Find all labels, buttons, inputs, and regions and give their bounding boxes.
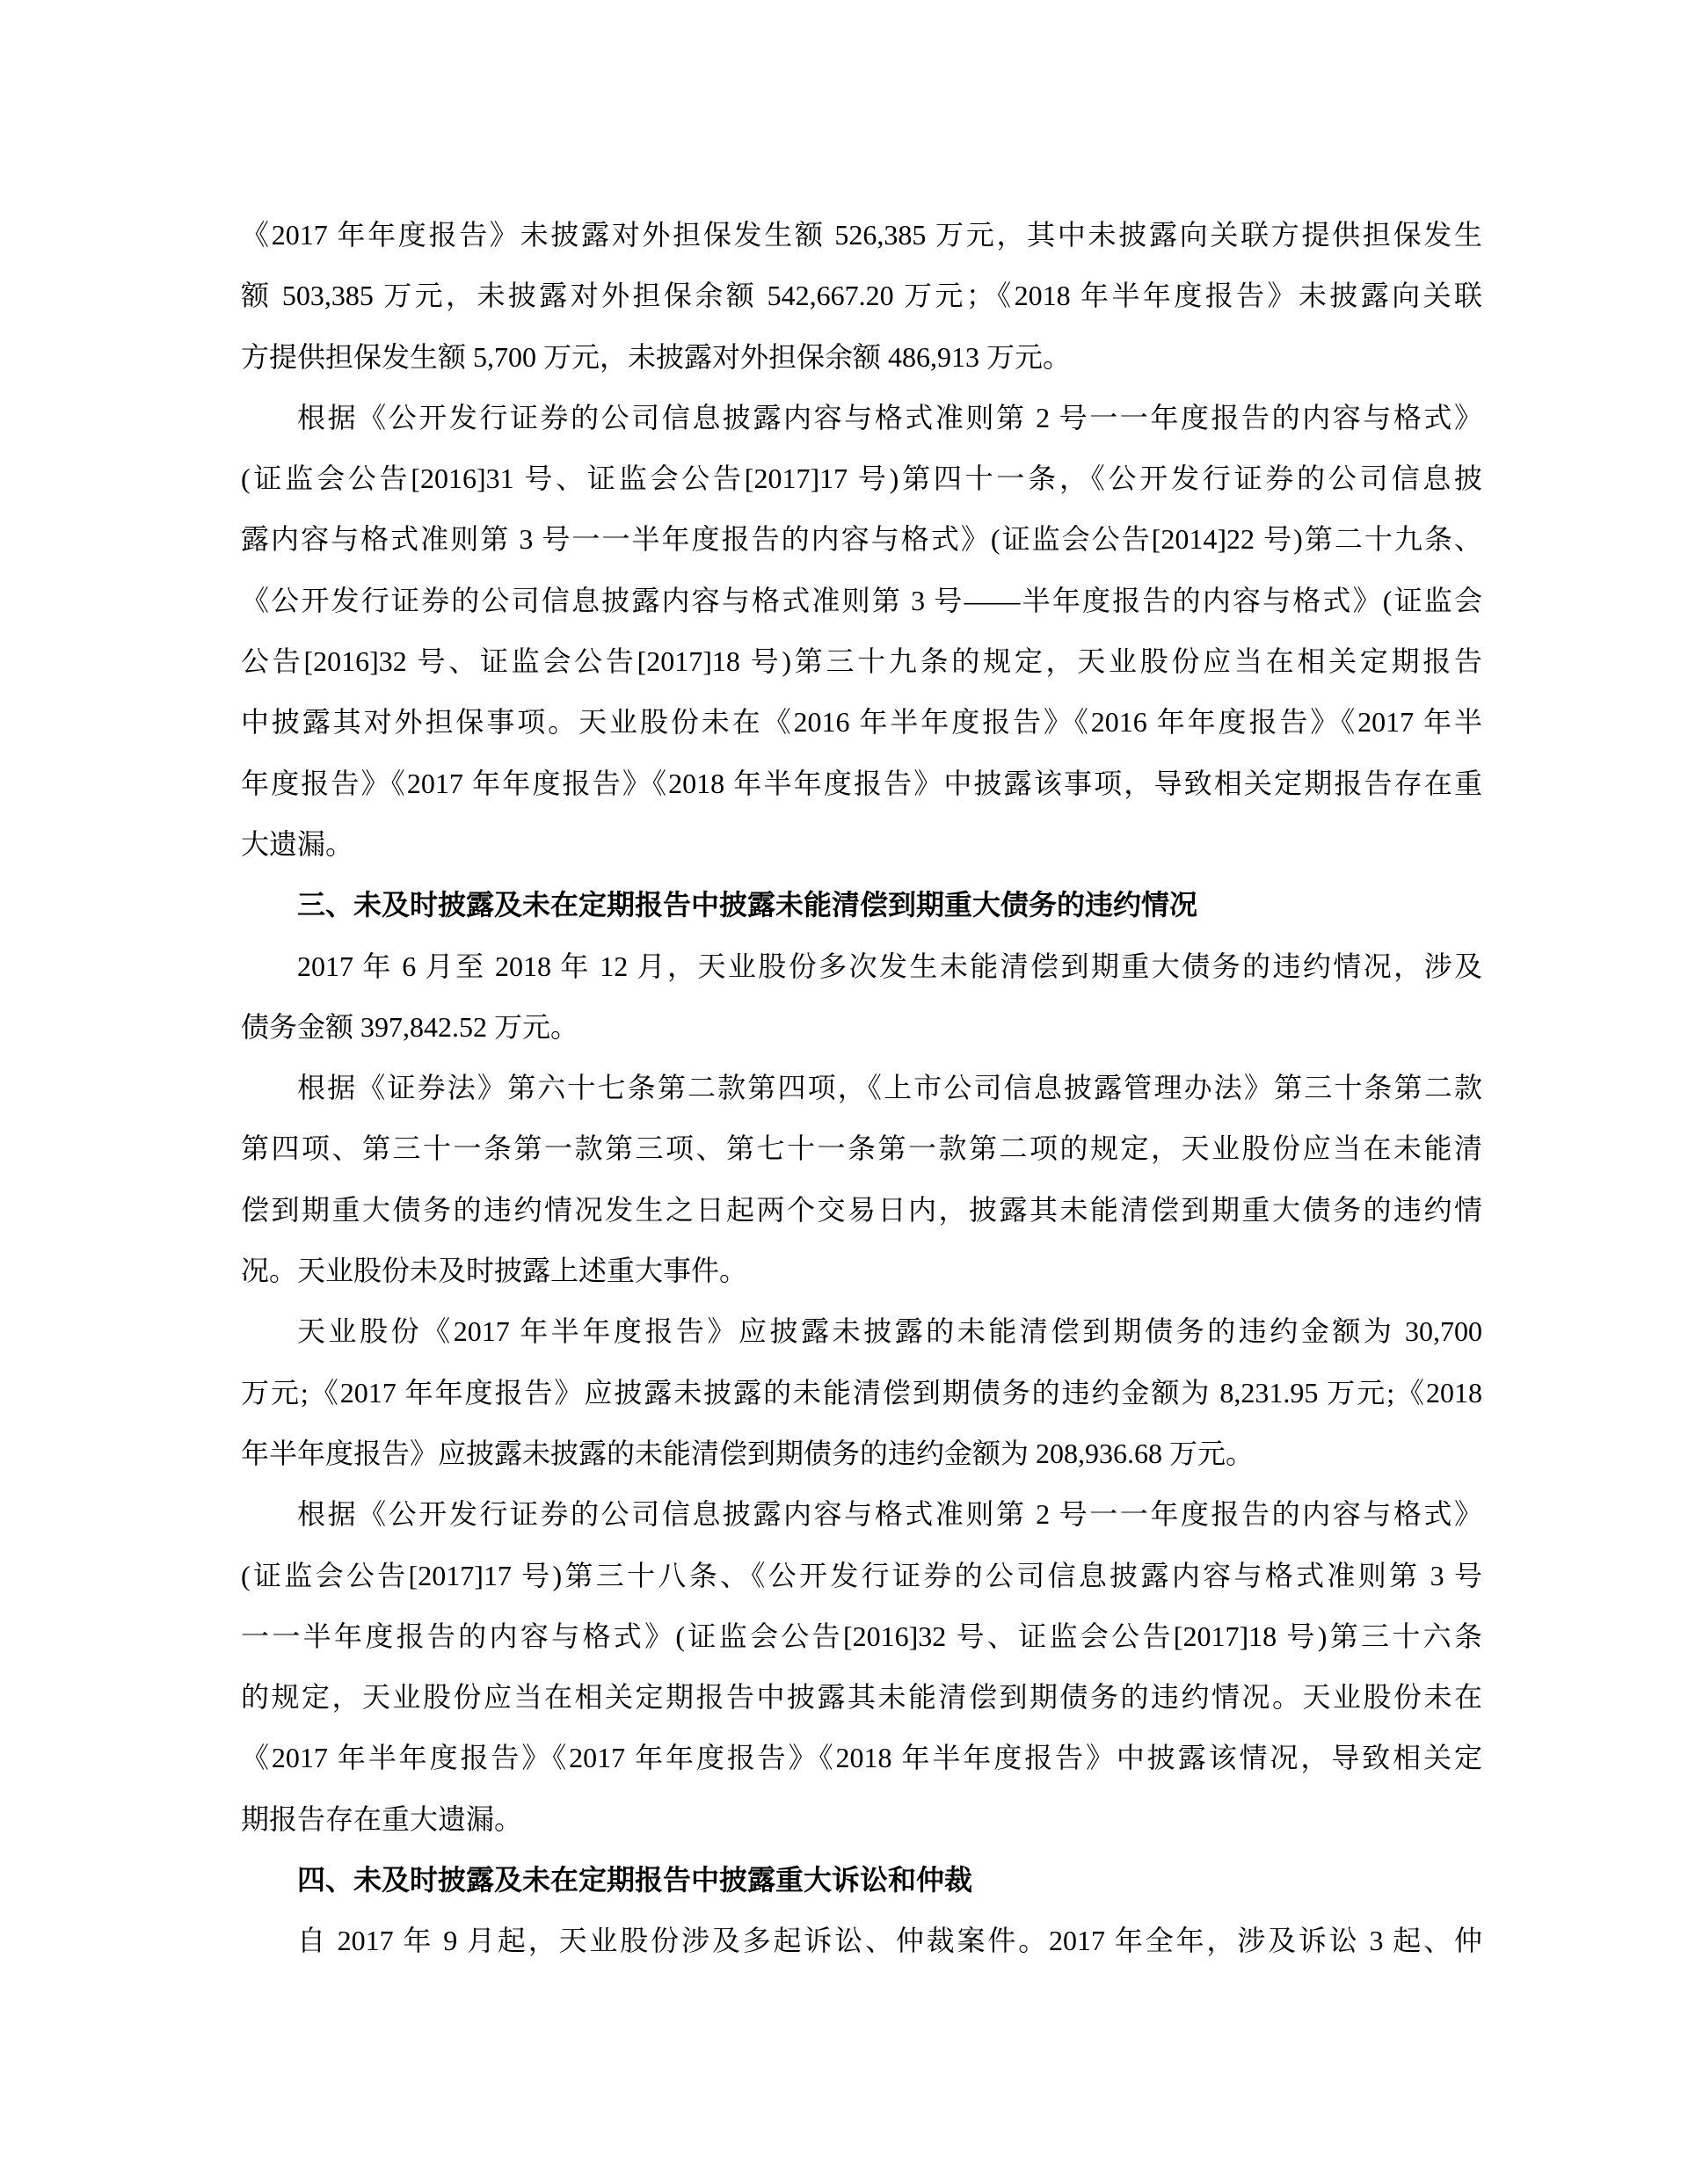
text-line: 万元;《2017 年年度报告》应披露未披露的未能清偿到期债务的违约金额为 8,2…	[241, 1363, 1482, 1423]
text-block: 《2017 年年度报告》未披露对外担保发生额 526,385 万元，其中未披露向…	[241, 205, 1482, 1972]
text-line: (证监会公告[2017]17 号)第三十八条、《公开发行证券的公司信息披露内容与…	[241, 1546, 1482, 1606]
text-line: 三、未及时披露及未在定期报告中披露未能清偿到期重大债务的违约情况	[241, 875, 1482, 935]
text-line: 《2017 年年度报告》未披露对外担保发生额 526,385 万元，其中未披露向…	[241, 205, 1482, 266]
text-line: 年度报告》《2017 年年度报告》《2018 年半年度报告》中披露该事项，导致相…	[241, 753, 1482, 814]
text-line: 根据《公开发行证券的公司信息披露内容与格式准则第 2 号一一年度报告的内容与格式…	[241, 388, 1482, 448]
paragraph: 根据《公开发行证券的公司信息披露内容与格式准则第 2 号一一年度报告的内容与格式…	[241, 388, 1482, 875]
text-line: 根据《公开发行证券的公司信息披露内容与格式准则第 2 号一一年度报告的内容与格式…	[241, 1484, 1482, 1545]
text-line: 况。天业股份未及时披露上述重大事件。	[241, 1241, 1482, 1301]
paragraph: 2017 年 6 月至 2018 年 12 月，天业股份多次发生未能清偿到期重大…	[241, 936, 1482, 1059]
paragraph: 自 2017 年 9 月起，天业股份涉及多起诉讼、仲裁案件。2017 年全年，涉…	[241, 1911, 1482, 1971]
text-line: (证监会公告[2016]31 号、证监会公告[2017]17 号)第四十一条，《…	[241, 448, 1482, 509]
text-line: 一一半年度报告的内容与格式》(证监会公告[2016]32 号、证监会公告[201…	[241, 1606, 1482, 1667]
text-line: 中披露其对外担保事项。天业股份未在《2016 年半年度报告》《2016 年年度报…	[241, 692, 1482, 753]
text-line: 自 2017 年 9 月起，天业股份涉及多起诉讼、仲裁案件。2017 年全年，涉…	[241, 1911, 1482, 1971]
text-line: 2017 年 6 月至 2018 年 12 月，天业股份多次发生未能清偿到期重大…	[241, 936, 1482, 997]
text-line: 大遗漏。	[241, 814, 1482, 875]
text-line: 根据《证券法》第六十七条第二款第四项，《上市公司信息披露管理办法》第三十条第二款	[241, 1058, 1482, 1118]
text-line: 偿到期重大债务的违约情况发生之日起两个交易日内，披露其未能清偿到期重大债务的违约…	[241, 1180, 1482, 1241]
text-line: 债务金额 397,842.52 万元。	[241, 997, 1482, 1058]
text-line: 公告[2016]32 号、证监会公告[2017]18 号)第三十九条的规定，天业…	[241, 631, 1482, 692]
text-line: 期报告存在重大遗漏。	[241, 1789, 1482, 1850]
text-line: 四、未及时披露及未在定期报告中披露重大诉讼和仲裁	[241, 1850, 1482, 1911]
section-heading: 三、未及时披露及未在定期报告中披露未能清偿到期重大债务的违约情况	[241, 875, 1482, 935]
paragraph: 天业股份《2017 年半年度报告》应披露未披露的未能清偿到期债务的违约金额为 3…	[241, 1301, 1482, 1484]
text-line: 的规定，天业股份应当在相关定期报告中披露其未能清偿到期债务的违约情况。天业股份未…	[241, 1667, 1482, 1728]
text-line: 第四项、第三十一条第一款第三项、第七十一条第一款第二项的规定，天业股份应当在未能…	[241, 1118, 1482, 1179]
paragraph: 《2017 年年度报告》未披露对外担保发生额 526,385 万元，其中未披露向…	[241, 205, 1482, 388]
text-line: 天业股份《2017 年半年度报告》应披露未披露的未能清偿到期债务的违约金额为 3…	[241, 1301, 1482, 1362]
section-heading: 四、未及时披露及未在定期报告中披露重大诉讼和仲裁	[241, 1850, 1482, 1911]
paragraph: 根据《证券法》第六十七条第二款第四项，《上市公司信息披露管理办法》第三十条第二款…	[241, 1058, 1482, 1301]
text-line: 露内容与格式准则第 3 号一一半年度报告的内容与格式》(证监会公告[2014]2…	[241, 509, 1482, 570]
text-line: 额 503,385 万元，未披露对外担保余额 542,667.20 万元；《20…	[241, 266, 1482, 326]
text-line: 《公开发行证券的公司信息披露内容与格式准则第 3 号——半年度报告的内容与格式》…	[241, 571, 1482, 631]
document-page: 《2017 年年度报告》未披露对外担保发生额 526,385 万元，其中未披露向…	[0, 0, 1688, 2184]
text-line: 年半年度报告》应披露未披露的未能清偿到期债务的违约金额为 208,936.68 …	[241, 1423, 1482, 1484]
text-line: 方提供担保发生额 5,700 万元，未披露对外担保余额 486,913 万元。	[241, 327, 1482, 388]
paragraph: 根据《公开发行证券的公司信息披露内容与格式准则第 2 号一一年度报告的内容与格式…	[241, 1484, 1482, 1850]
text-line: 《2017 年半年度报告》《2017 年年度报告》《2018 年半年度报告》中披…	[241, 1728, 1482, 1788]
